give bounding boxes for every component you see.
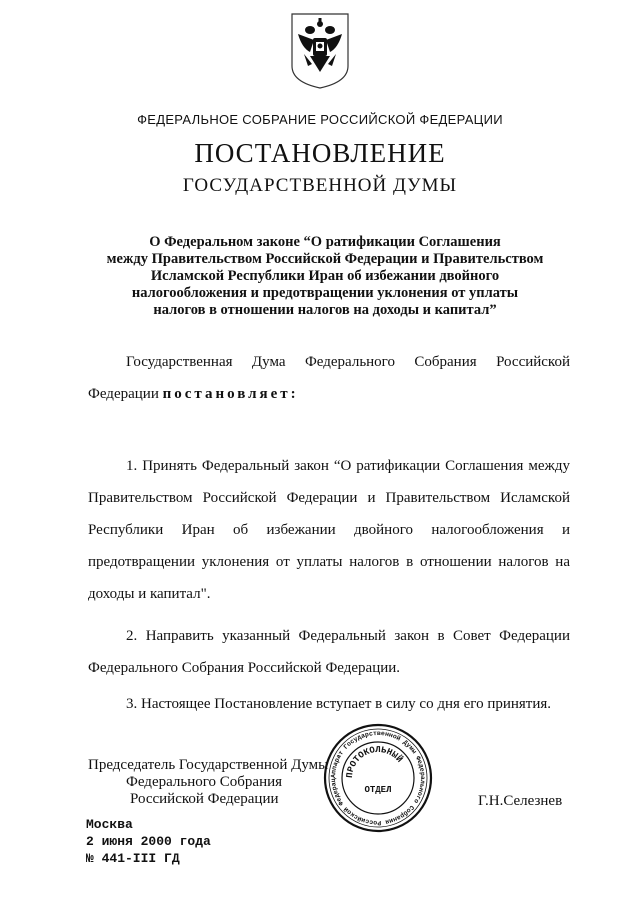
clause-3: 3. Настоящее Постановление вступает в си… — [88, 688, 570, 720]
coat-of-arms-icon — [288, 10, 352, 90]
organization-heading: ФЕДЕРАЛЬНОЕ СОБРАНИЕ РОССИЙСКОЙ ФЕДЕРАЦИ… — [0, 112, 640, 127]
subject-line: Исламской Республики Иран об избежании д… — [100, 268, 550, 285]
issuer-title: ГОСУДАРСТВЕННОЙ ДУМЫ — [0, 175, 640, 197]
document-type-title: ПОСТАНОВЛЕНИЕ — [0, 138, 640, 169]
stamp-center-bottom: ОТДЕЛ — [364, 785, 391, 795]
city: Москва — [86, 816, 211, 833]
document-footer: Москва 2 июня 2000 года № 441-III ГД — [86, 816, 211, 867]
position-line: Федерального Собрания — [88, 774, 328, 791]
subject-line: налогов в отношении налогов на доходы и … — [100, 302, 550, 319]
svg-text:ПРОТОКОЛЬНЫЙ: ПРОТОКОЛЬНЫЙ — [345, 745, 405, 778]
decree-word: постановляет: — [163, 386, 299, 402]
preamble-text: Государственная Дума Федерального Собран… — [88, 354, 570, 402]
subject-line: О Федеральном законе “О ратификации Согл… — [100, 234, 550, 251]
signatory-position: Председатель Государственной Думы Федера… — [88, 757, 328, 808]
subject-line: налогообложения и предотвращении уклонен… — [100, 285, 550, 302]
stamp-ring-text: Аппарат Государственной Думы Федеральног… — [322, 722, 426, 826]
document-number: № 441-III ГД — [86, 850, 211, 867]
subject-line: между Правительством Российской Федераци… — [100, 251, 550, 268]
clause-2: 2. Направить указанный Федеральный закон… — [88, 620, 570, 684]
position-line: Председатель Государственной Думы — [88, 757, 328, 774]
document-subject: О Федеральном законе “О ратификации Согл… — [100, 234, 550, 319]
official-stamp-icon: Аппарат Государственной Думы Федеральног… — [322, 722, 434, 834]
stamp-center-top: ПРОТОКОЛЬНЫЙ — [345, 745, 405, 778]
clause-1: 1. Принять Федеральный закон “О ратифика… — [88, 450, 570, 610]
date: 2 июня 2000 года — [86, 833, 211, 850]
svg-text:Аппарат Государственной Думы Ф: Аппарат Государственной Думы Федеральног… — [322, 722, 426, 826]
preamble: Государственная Дума Федерального Собран… — [88, 346, 570, 410]
signatory-name: Г.Н.Селезнев — [478, 793, 562, 810]
position-line: Российской Федерации — [88, 791, 328, 808]
